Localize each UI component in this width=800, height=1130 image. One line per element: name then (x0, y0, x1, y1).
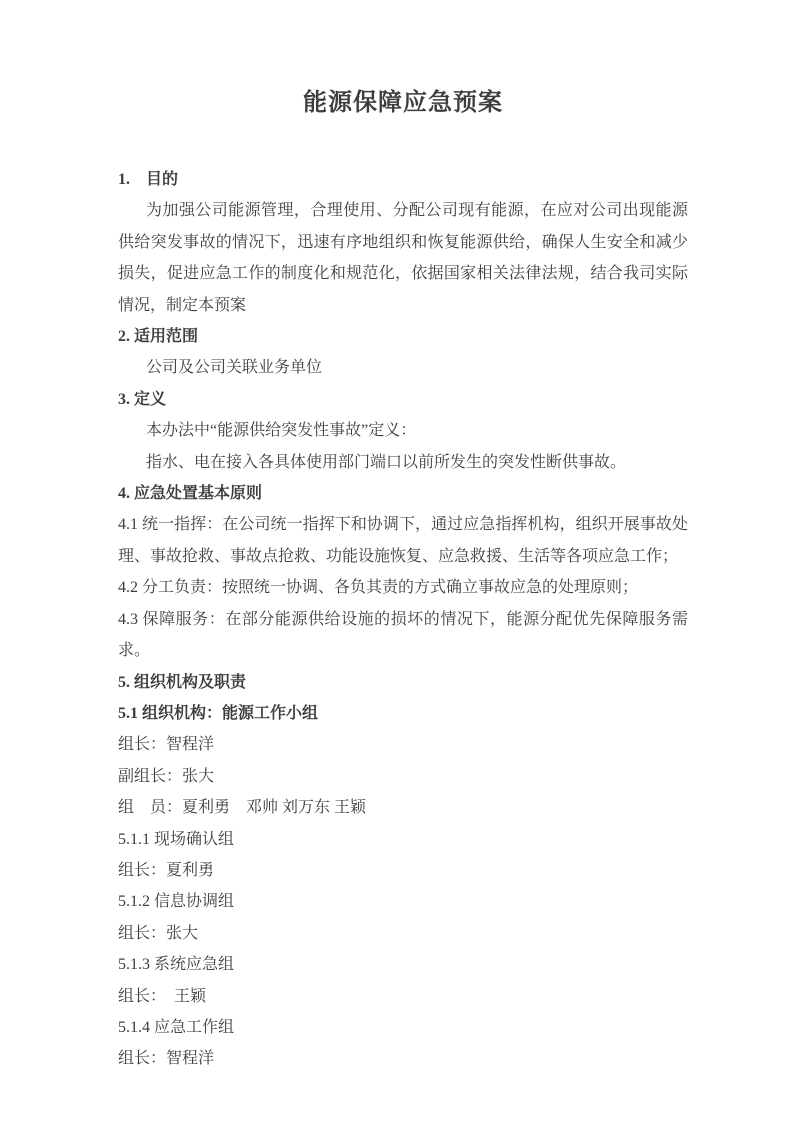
team-4-heading: 5.1.4 应急工作组 (118, 1012, 688, 1043)
paragraph-definition-1: 本办法中“能源供给突发性事故”定义： (118, 415, 688, 446)
team-1-leader-line: 组长：夏利勇 (118, 855, 688, 886)
org-members-line: 组 员：夏利勇 邓帅 刘万东 王颖 (118, 792, 688, 823)
team-3-leader-line: 组长： 王颖 (118, 981, 688, 1012)
team-3-heading: 5.1.3 系统应急组 (118, 949, 688, 980)
team-1-heading: 5.1.1 现场确认组 (118, 824, 688, 855)
paragraph-principle-2: 4.2 分工负责：按照统一协调、各负其责的方式确立事故应急的处理原则； (118, 572, 688, 603)
paragraph-definition-2: 指水、电在接入各具体使用部门端口以前所发生的突发性断供事故。 (118, 447, 688, 478)
document-title: 能源保障应急预案 (118, 86, 688, 120)
section-heading-scope: 2. 适用范围 (118, 321, 688, 352)
section-heading-definition: 3. 定义 (118, 384, 688, 415)
paragraph-purpose: 为加强公司能源管理，合理使用、分配公司现有能源，在应对公司出现能源供给突发事故的… (118, 195, 688, 321)
paragraph-principle-1: 4.1 统一指挥：在公司统一指挥下和协调下，通过应急指挥机构，组织开展事故处理、… (118, 509, 688, 572)
org-leader-line: 组长：智程洋 (118, 729, 688, 760)
document-content: 能源保障应急预案 1. 目的 为加强公司能源管理，合理使用、分配公司现有能源，在… (0, 0, 800, 1075)
document-page: 能源保障应急预案 1. 目的 为加强公司能源管理，合理使用、分配公司现有能源，在… (0, 0, 800, 1130)
team-4-leader-line: 组长：智程洋 (118, 1043, 688, 1074)
team-2-heading: 5.1.2 信息协调组 (118, 886, 688, 917)
org-deputy-leader-line: 副组长：张大 (118, 761, 688, 792)
paragraph-scope: 公司及公司关联业务单位 (118, 352, 688, 383)
section-heading-principles: 4. 应急处置基本原则 (118, 478, 688, 509)
paragraph-principle-3: 4.3 保障服务：在部分能源供给设施的损坏的情况下，能源分配优先保障服务需求。 (118, 604, 688, 667)
section-subheading-organization: 5.1 组织机构：能源工作小组 (118, 698, 688, 729)
section-heading-purpose: 1. 目的 (118, 164, 688, 195)
section-heading-organization: 5. 组织机构及职责 (118, 667, 688, 698)
team-2-leader-line: 组长：张大 (118, 918, 688, 949)
